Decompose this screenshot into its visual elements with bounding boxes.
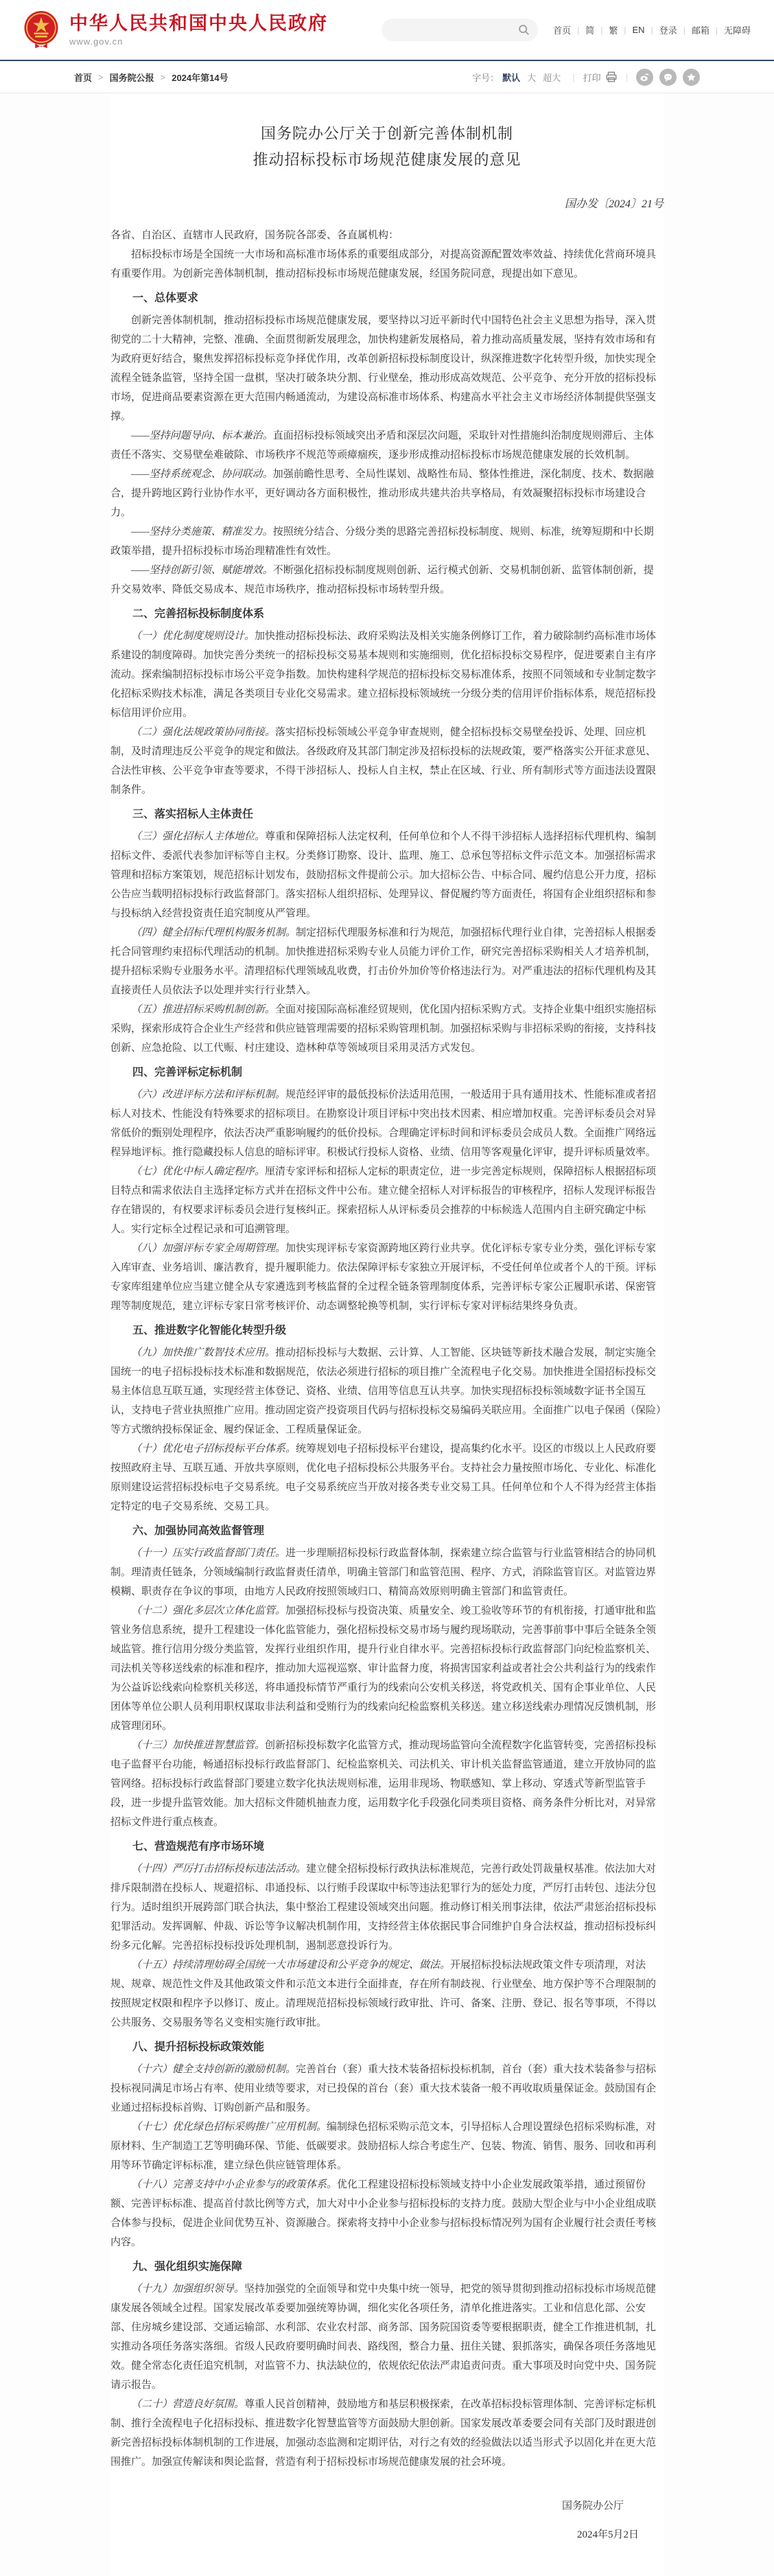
print-button[interactable]: 打印 (583, 71, 618, 84)
doc-paragraph: （六）改进评标方法和评标机制。规范经评审的最低投标价法适用范围，一般适用于具有通… (110, 1085, 664, 1162)
nav-separator: | (716, 25, 718, 35)
nav-item-7[interactable]: 无障碍 (723, 23, 752, 36)
nav-separator: | (577, 25, 579, 35)
top-nav: 首页|简|繁|EN|登录|邮箱|无障碍 (552, 23, 752, 36)
search-input[interactable] (390, 24, 518, 36)
doc-title: 国务院办公厅关于创新完善体制机制 推动招标投标市场规范健康发展的意见 (110, 121, 664, 173)
nav-item-6[interactable]: 邮箱 (690, 23, 711, 36)
doc-paragraph: ——坚持问题导向、标本兼治。直面招标投标领域突出矛盾和深层次问题，采取针对性措施… (110, 426, 664, 465)
signature-date: 2024年5月2日 (110, 2525, 664, 2544)
paragraph-lead: ——坚持系统观念、协同联动。 (131, 469, 273, 480)
paragraph-lead: （十三）加快推进智慧监管。 (131, 1740, 265, 1751)
doc-title-line1: 国务院办公厅关于创新完善体制机制 (110, 121, 664, 147)
font-size-option[interactable]: 大 (527, 73, 536, 83)
nav-item-3[interactable]: 繁 (607, 23, 619, 36)
paragraph-lead: （十八）完善支持中小企业参与的政策体系。 (131, 2179, 337, 2190)
doc-title-line2: 推动招标投标市场规范健康发展的意见 (110, 147, 664, 173)
document-body: 国务院办公厅关于创新完善体制机制 推动招标投标市场规范健康发展的意见 国办发〔2… (110, 93, 664, 2576)
section-heading: 八、提升招标投标政策效能 (110, 2038, 664, 2057)
printer-icon (605, 71, 618, 83)
nav-separator: | (683, 25, 685, 35)
doc-paragraph: （五）推进招标采购机制创新。全面对接国际高标准经贸规则，优化国内招标采购方式。支… (110, 1000, 664, 1058)
wechat-share-icon[interactable] (659, 69, 677, 86)
paragraph-lead: ——坚持问题导向、标本兼治。 (131, 430, 273, 441)
breadcrumb-item-3: 2024年第14号 (172, 71, 228, 84)
nav-item-1[interactable]: 首页 (552, 23, 572, 36)
doc-sections: 一、总体要求创新完善体制机制，推动招标投标市场规范健康发展，要坚持以习近平新时代… (110, 289, 664, 2472)
section-heading: 三、落实招标人主体责任 (110, 805, 664, 824)
doc-paragraph: （十八）完善支持中小企业参与的政策体系。优化工程建设招标投标领域支持中小企业发展… (110, 2175, 664, 2252)
font-size-option[interactable]: 超大 (543, 73, 561, 83)
search-icon[interactable] (518, 24, 530, 36)
doc-paragraph: （十四）严厉打击招标投标违法活动。建立健全招标投标行政执法标准规范，完善行政处罚… (110, 1859, 664, 1956)
doc-paragraph: （十九）加强组织领导。坚持加强党的全面领导和党中央集中统一领导，把党的领导贯彻到… (110, 2279, 664, 2395)
paragraph-lead: （十九）加强组织领导。 (131, 2284, 244, 2295)
nav-item-5[interactable]: 登录 (658, 23, 679, 36)
paragraph-lead: ——坚持创新引领、赋能增效。 (131, 565, 273, 576)
paragraph-lead: （十四）严厉打击招标投标违法活动。 (131, 1864, 306, 1875)
section-heading: 七、营造规范有序市场环境 (110, 1837, 664, 1857)
nav-item-4[interactable]: EN (631, 25, 646, 35)
paragraph-lead: （七）优化中标人确定程序。 (131, 1166, 265, 1177)
favorite-share-icon[interactable] (683, 69, 700, 86)
paragraph-lead: （十一）压实行政监督部门责任。 (131, 1548, 285, 1559)
breadcrumb-item-1[interactable]: 首页 (74, 71, 92, 84)
signature-issuer: 国务院办公厅 (110, 2496, 664, 2516)
doc-paragraph: （十二）强化多层次立体化监管。加强招标投标与投资决策、质量安全、竣工验收等环节的… (110, 1601, 664, 1736)
breadcrumb-separator: > (161, 72, 166, 82)
doc-paragraph: （十七）优化绿色招标采购推广应用机制。编制绿色招标采购示范文本，引导招标人合理设… (110, 2117, 664, 2175)
doc-paragraph: （三）强化招标人主体地位。尊重和保障招标人法定权利，任何单位和个人不得干涉招标人… (110, 827, 664, 923)
doc-paragraph: ——坚持创新引领、赋能增效。不断强化招标投标制度规则创新、运行模式创新、交易机制… (110, 561, 664, 599)
site-header: 中华人民共和国中央人民政府 www.gov.cn 首页|简|繁|EN|登录|邮箱… (0, 0, 774, 60)
doc-paragraph: （十）优化电子招标投标平台体系。统筹规划电子招标投标平台建设，提高集约化水平。设… (110, 1439, 664, 1516)
paragraph-lead: （十五）持续清理妨碍全国统一大市场建设和公平竞争的规定、做法。 (131, 1960, 450, 1971)
paragraph-lead: （一）优化制度规则设计。 (131, 631, 255, 642)
paragraph-lead: （二）强化法规政策协同衔接。 (131, 727, 275, 738)
toolbar-row: 首页>国务院公报>2024年第14号 字号： 默认大超大 | 打印 | (0, 61, 774, 93)
doc-paragraph: （十六）健全支持创新的激励机制。完善首台（套）重大技术装备招标投标机制，首台（套… (110, 2060, 664, 2117)
doc-number: 国办发〔2024〕21号 (110, 195, 664, 211)
paragraph-lead: （九）加快推广数智技术应用。 (131, 1347, 275, 1358)
doc-signature: 国务院办公厅 2024年5月2日 (110, 2496, 664, 2544)
doc-paragraph: ——坚持系统观念、协同联动。加强前瞻性思考、全局性谋划、战略性布局、整体性推进，… (110, 465, 664, 522)
nav-item-2[interactable]: 简 (584, 23, 596, 36)
doc-paragraph: ——坚持分类施策、精准发力。按照统分结合、分级分类的思路完善招标投标制度、规则、… (110, 522, 664, 561)
doc-intro: 招标投标市场是全国统一大市场和高标准市场体系的重要组成部分，对提高资源配置效率效… (110, 245, 664, 283)
doc-paragraph: （十五）持续清理妨碍全国统一大市场建设和公平竞争的规定、做法。开展招标投标法规政… (110, 1956, 664, 2032)
share-icons (636, 69, 700, 86)
doc-paragraph: （二十）营造良好氛围。尊重人民首创精神，鼓励地方和基层积极探索，在改革招标投标管… (110, 2395, 664, 2472)
doc-paragraph: （四）健全招标代理机构服务机制。制定招标代理服务标准和行为规范，加强招标代理行业… (110, 923, 664, 1000)
section-heading: 一、总体要求 (110, 289, 664, 308)
search-bar[interactable] (382, 19, 538, 41)
section-heading: 六、加强协同高效监督管理 (110, 1522, 664, 1541)
section-heading: 九、强化组织实施保障 (110, 2258, 664, 2277)
doc-paragraph: （二）强化法规政策协同衔接。落实招标投标领域公平竞争审查规则，健全招标投标交易壁… (110, 723, 664, 800)
font-size-option[interactable]: 默认 (502, 73, 520, 83)
doc-paragraph: （十三）加快推进智慧监管。创新招标投标数字化监管方式，推动现场监管向全流程数字化… (110, 1736, 664, 1832)
paragraph-lead: （四）健全招标代理机构服务机制。 (131, 927, 296, 938)
breadcrumb-separator: > (98, 72, 104, 82)
paragraph-lead: ——坚持分类施策、精准发力。 (131, 526, 273, 537)
font-size-label: 字号： (472, 71, 499, 84)
font-size-options: 默认大超大 (499, 71, 564, 84)
breadcrumb-item-2[interactable]: 国务院公报 (110, 71, 154, 84)
nav-separator: | (624, 25, 626, 35)
doc-paragraph: （七）优化中标人确定程序。厘清专家评标和招标人定标的职责定位，进一步完善定标规则… (110, 1162, 664, 1239)
site-url: www.gov.cn (69, 36, 328, 47)
section-heading: 五、推进数字化智能化转型升级 (110, 1321, 664, 1341)
doc-salutation: 各省、自治区、直辖市人民政府，国务院各部委、各直属机构： (110, 226, 664, 245)
print-label: 打印 (583, 71, 601, 84)
doc-paragraph: （一）优化制度规则设计。加快推动招标投标法、政府采购法及相关实施条例修订工作，着… (110, 627, 664, 723)
section-heading: 四、完善评标定标机制 (110, 1063, 664, 1082)
weibo-share-icon[interactable] (636, 69, 653, 86)
doc-paragraph: 创新完善体制机制，推动招标投标市场规范健康发展，要坚持以习近平新时代中国特色社会… (110, 311, 664, 426)
paragraph-lead: （八）加强评标专家全周期管理。 (131, 1243, 285, 1254)
section-heading: 二、完善招标投标制度体系 (110, 605, 664, 624)
paragraph-lead: （六）改进评标方法和评标机制。 (131, 1089, 285, 1100)
site-title: 中华人民共和国中央人民政府 (69, 13, 328, 34)
paragraph-lead: （三）强化招标人主体地位。 (131, 831, 265, 842)
national-emblem-icon (22, 10, 60, 51)
paragraph-lead: （五）推进招标采购机制创新。 (131, 1004, 275, 1015)
breadcrumb: 首页>国务院公报>2024年第14号 (74, 71, 228, 84)
site-logo[interactable]: 中华人民共和国中央人民政府 www.gov.cn (22, 10, 328, 51)
doc-paragraph: （九）加快推广数智技术应用。推动招标投标与大数据、云计算、人工智能、区块链等新技… (110, 1343, 664, 1439)
paragraph-lead: （二十）营造良好氛围。 (131, 2399, 244, 2410)
paragraph-lead: （十二）强化多层次立体化监管。 (131, 1605, 285, 1616)
doc-paragraph: （八）加强评标专家全周期管理。加快实现评标专家资源跨地区跨行业共享。优化评标专家… (110, 1239, 664, 1316)
paragraph-lead: （十七）优化绿色招标采购推广应用机制。 (131, 2122, 327, 2133)
nav-separator: | (651, 25, 653, 35)
nav-separator: | (600, 25, 602, 35)
paragraph-lead: （十）优化电子招标投标平台体系。 (131, 1443, 296, 1454)
doc-paragraph: （十一）压实行政监督部门责任。进一步理顺招标投标行政监督体制，探索建立综合监管与… (110, 1544, 664, 1601)
paragraph-lead: （十六）健全支持创新的激励机制。 (131, 2064, 296, 2075)
